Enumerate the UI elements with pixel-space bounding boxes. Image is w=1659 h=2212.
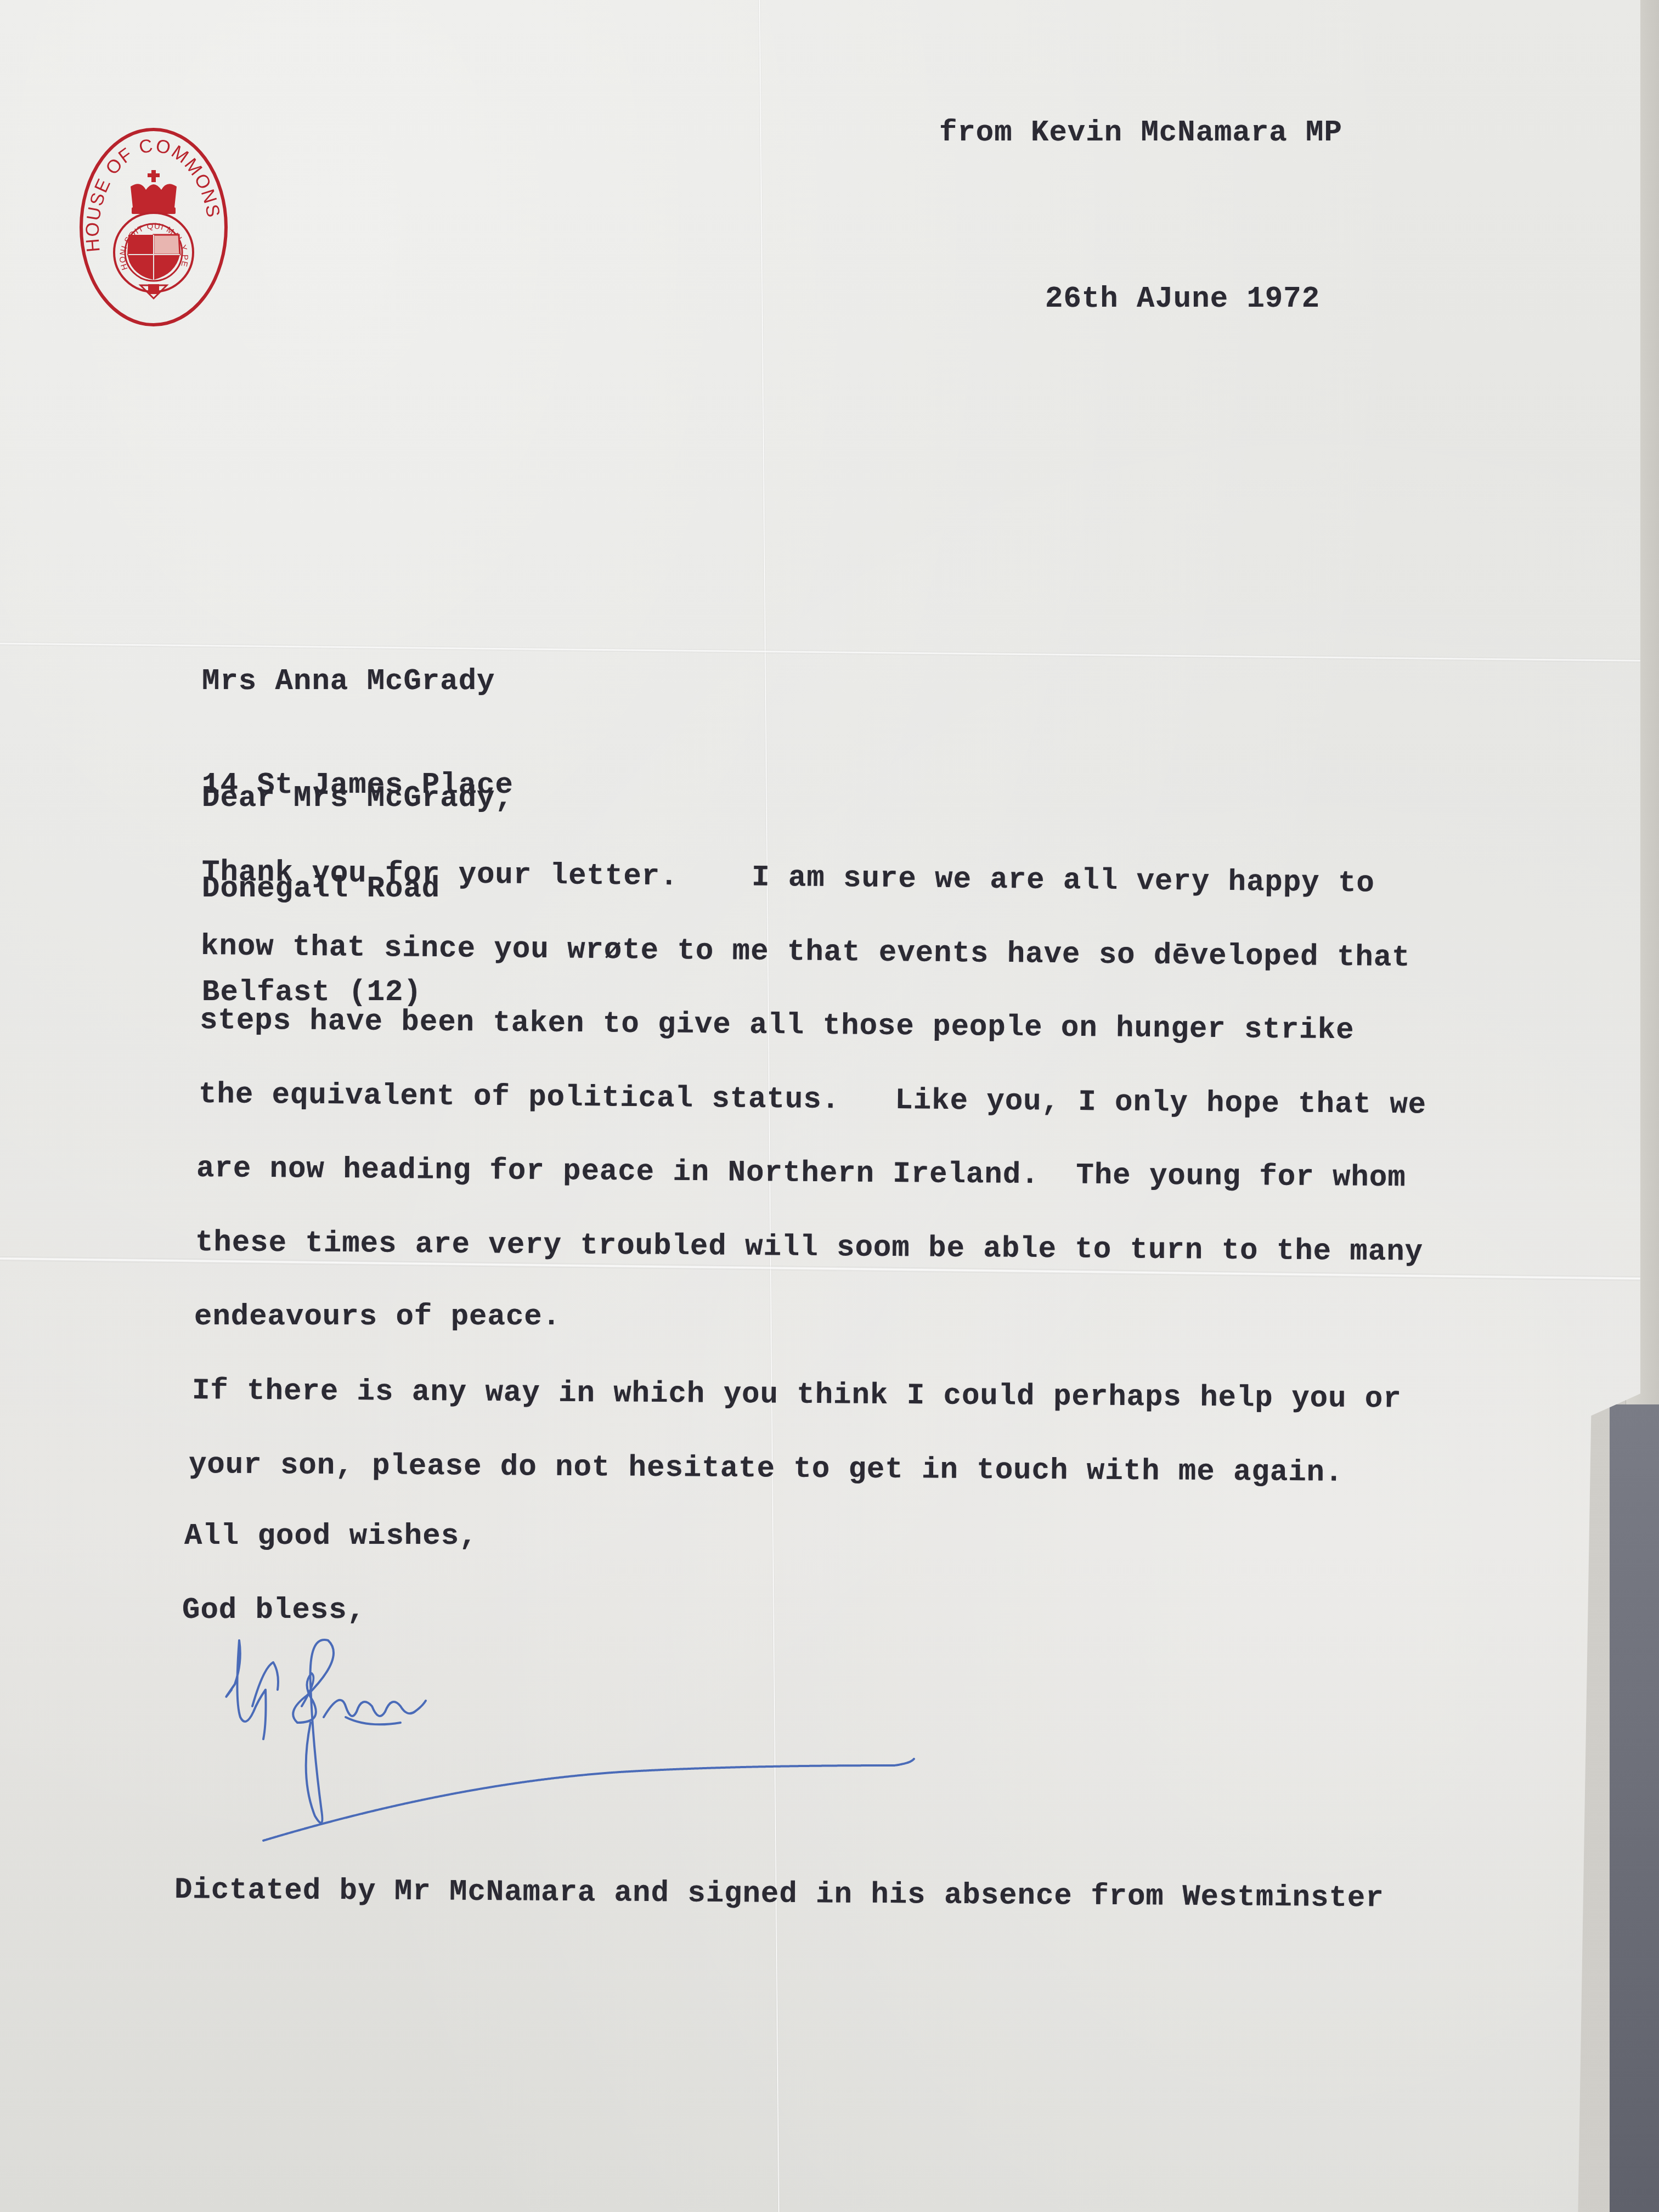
- address-line: Mrs Anna McGrady: [202, 664, 513, 699]
- body-line: If there is any way in which you think I…: [192, 1374, 1402, 1416]
- body-line: the equivalent of political status. Like…: [199, 1078, 1427, 1122]
- letter-paper: HOUSE OF COMMONS HONI SOIT QUI MAL Y PEN…: [0, 0, 1640, 2212]
- salutation: Dear Mrs McGrady,: [202, 782, 513, 815]
- body-line: your son, please do not hesitate to get …: [189, 1448, 1344, 1490]
- letter-date: 26th AJune 1972: [1045, 283, 1320, 316]
- house-of-commons-crest-icon: HOUSE OF COMMONS HONI SOIT QUI MAL Y PEN…: [76, 125, 232, 329]
- body-line: are now heading for peace in Northern Ir…: [196, 1152, 1406, 1195]
- sender-line: from Kevin McNamara MP: [939, 116, 1342, 150]
- closing-line: All good wishes,: [184, 1520, 477, 1553]
- closing-line: God bless,: [182, 1594, 365, 1627]
- dark-background: [1610, 1404, 1659, 2212]
- dictation-note: Dictated by Mr McNamara and signed in hi…: [174, 1874, 1384, 1915]
- handwritten-signature-icon: [181, 1624, 933, 1854]
- body-line: endeavours of peace.: [194, 1300, 561, 1334]
- photo-scene: HOUSE OF COMMONS HONI SOIT QUI MAL Y PEN…: [0, 0, 1659, 2212]
